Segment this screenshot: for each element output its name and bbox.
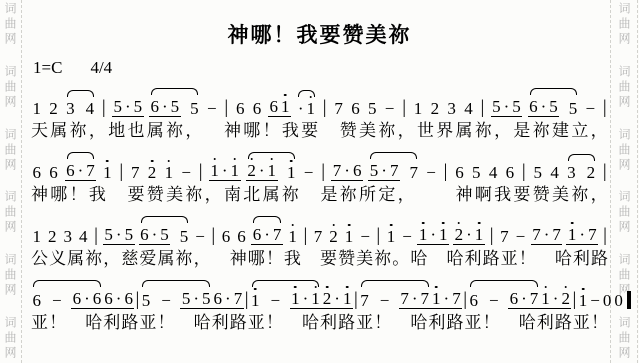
- note: 5: [112, 98, 124, 115]
- note: 4: [487, 164, 499, 181]
- lyric-char: 美: [552, 184, 569, 207]
- note: 7: [85, 162, 97, 179]
- note-group: 1: [343, 228, 355, 245]
- note-group: −: [180, 164, 193, 181]
- note: 7: [399, 290, 411, 307]
- lyric-char: [67, 312, 84, 335]
- duration-dot: ·: [539, 98, 548, 115]
- note: 7: [312, 228, 324, 245]
- note: 1: [310, 290, 322, 307]
- barline: |: [223, 99, 229, 117]
- duration-dot: ·: [257, 162, 266, 179]
- lyric-char: 哪: [248, 248, 265, 271]
- note: 6: [48, 164, 60, 181]
- lyric-char: 属: [456, 120, 473, 143]
- tie-group: ·1: [296, 100, 316, 117]
- note: 4: [78, 228, 90, 245]
- lyric-char: 神: [456, 184, 473, 207]
- duration-dot: ·: [333, 290, 342, 307]
- dash-note: −: [269, 292, 282, 309]
- lyric-char: 路: [230, 312, 247, 335]
- watermark-text: 词曲网: [618, 65, 630, 110]
- lyric-char: 属: [67, 248, 84, 271]
- key-signature: 1=C: [33, 58, 62, 78]
- note-group: 6: [220, 228, 232, 245]
- tie-group: 6·7: [65, 162, 97, 181]
- note-group: 5: [471, 164, 483, 181]
- barline: |: [443, 163, 449, 181]
- note-group: −: [584, 100, 597, 117]
- beam-underline: 6·5: [139, 226, 171, 245]
- lyric-char: 要: [127, 184, 144, 207]
- dash-note: −: [180, 164, 193, 181]
- note: 7: [359, 292, 371, 309]
- note: 5: [140, 292, 152, 309]
- note-group: 1·1: [417, 226, 449, 245]
- note: 1: [287, 228, 299, 245]
- barline: |: [401, 99, 407, 117]
- note: 7: [551, 226, 563, 243]
- lyric-char: 建: [552, 120, 569, 143]
- barline: |: [198, 163, 204, 181]
- lyric-char: 利: [320, 312, 337, 335]
- barline: |: [118, 163, 124, 181]
- lyric-char: 祢: [70, 120, 87, 143]
- lyric-char: [537, 248, 554, 271]
- lyric-char: 要: [301, 120, 318, 143]
- time-signature: 4/4: [90, 58, 112, 78]
- lyric-char: 祢: [340, 184, 357, 207]
- tie-group: 6·7: [251, 226, 283, 245]
- note: 5: [368, 162, 380, 179]
- duration-dot: ·: [578, 226, 587, 243]
- lyric-char: [320, 120, 337, 143]
- note: 5: [189, 100, 201, 117]
- lyric-char: ，: [205, 184, 222, 207]
- lyric-char: 我: [89, 184, 106, 207]
- watermark-text: 词曲网: [4, 128, 16, 173]
- note: 5: [471, 164, 483, 181]
- lyric-char: ，: [103, 248, 120, 271]
- right-edge-dashed-border: [637, 0, 638, 363]
- note: 1: [102, 164, 114, 181]
- watermark-text: 词曲网: [4, 65, 16, 110]
- note: 3: [446, 100, 458, 117]
- note: 6: [468, 292, 480, 309]
- note-group: 5: [367, 100, 379, 117]
- lyric-char: 义: [49, 248, 66, 271]
- lyrics-line-4: 亚！ 哈利路亚！ 哈利路亚！ 哈利路亚！ 哈利路亚！ 哈利路亚！: [31, 312, 608, 335]
- barline: |: [602, 227, 608, 245]
- lyric-char: 亚: [356, 312, 373, 335]
- note-group: −: [359, 228, 372, 245]
- note-group: 6: [234, 100, 246, 117]
- lyric-char: ！: [49, 312, 66, 335]
- beam-underline: 6·7: [508, 290, 540, 309]
- lyric-char: [284, 312, 301, 335]
- note-group: 2: [328, 228, 340, 245]
- dash-note: −: [514, 228, 527, 245]
- note: 4: [463, 100, 475, 117]
- lyric-char: 属: [263, 184, 280, 207]
- dash-note: −: [302, 164, 315, 181]
- note: 6: [71, 290, 83, 307]
- note-group: 1·7: [566, 226, 598, 245]
- note: 2: [429, 100, 441, 117]
- note-group: 7·7: [531, 226, 563, 245]
- lyric-char: 亚: [139, 312, 156, 335]
- duration-dot: ·: [150, 226, 159, 243]
- note: 7: [587, 226, 599, 243]
- lyric-char: ！: [157, 312, 174, 335]
- barline: |: [602, 163, 608, 181]
- barline: |: [521, 163, 527, 181]
- lyric-char: 祢: [378, 120, 395, 143]
- score-systems: 1234|5·56·55−|6661·1|765−|1234|5·56·55−|…: [31, 82, 608, 335]
- lyric-char: ，: [591, 184, 608, 207]
- note: 1: [266, 162, 278, 179]
- lyrics-line-1: 天属祢，地也属祢， 神哪！我要 赞美祢，世界属祢，是祢建立，: [31, 120, 608, 143]
- lyric-char: 哈: [85, 312, 102, 335]
- tie-group: 5·77: [368, 162, 419, 181]
- lyric-char: ，: [194, 248, 211, 271]
- lyric-char: ！: [70, 184, 87, 207]
- lyric-char: 神: [31, 184, 48, 207]
- lyric-char: 属: [147, 120, 164, 143]
- note: 1: [280, 98, 292, 115]
- note: 2: [585, 164, 597, 181]
- note: 5: [180, 290, 192, 307]
- barline: |: [302, 227, 308, 245]
- duration-dot: ·: [124, 98, 133, 115]
- note-group: 7: [499, 228, 511, 245]
- duration-dot: ·: [343, 162, 352, 179]
- lyric-char: ！: [263, 120, 280, 143]
- lyric-char: 路: [121, 312, 138, 335]
- lyric-char: 定: [378, 184, 395, 207]
- dash-note: −: [383, 100, 396, 117]
- dash-note: −: [359, 228, 372, 245]
- note: 7: [528, 290, 540, 307]
- note-group: 4: [78, 228, 90, 245]
- note-group: 2: [429, 100, 441, 117]
- watermark-text: 词曲网: [4, 2, 16, 47]
- duration-dot: ·: [114, 290, 123, 307]
- note: 6: [123, 290, 135, 307]
- beam-underline: 6·7: [251, 226, 283, 245]
- lyric-char: ，: [89, 120, 106, 143]
- note: 7: [499, 228, 511, 245]
- note-group: 1·1: [209, 162, 241, 181]
- lyric-char: 哈: [302, 312, 319, 335]
- barline: |: [320, 163, 326, 181]
- note: 5: [491, 98, 503, 115]
- beam-underline: 2·1: [246, 162, 278, 181]
- duration-dot: ·: [76, 162, 85, 179]
- lyric-char: 慈: [121, 248, 138, 271]
- lyric-char: [205, 120, 222, 143]
- note-group: 61: [268, 98, 291, 117]
- tie-group: 6·55: [528, 98, 579, 117]
- note: 1: [343, 228, 355, 245]
- duration-dot: ·: [224, 290, 233, 307]
- lyric-char: 哈: [519, 312, 536, 335]
- beam-underline: 1·7: [566, 226, 598, 245]
- note: 6: [91, 290, 103, 307]
- note-group: 2·1: [453, 226, 485, 245]
- note-group: 1: [31, 100, 43, 117]
- note: 6: [236, 228, 248, 245]
- note-group: 7: [312, 228, 324, 245]
- note-group: 2: [48, 100, 60, 117]
- lyric-char: 亚: [573, 312, 590, 335]
- note: 2: [146, 164, 158, 181]
- note: 5: [132, 98, 144, 115]
- beam-underline: 6·5: [149, 98, 181, 117]
- note: 1: [540, 290, 552, 307]
- note: 5: [103, 226, 115, 243]
- barline: |: [375, 227, 381, 245]
- lyric-char: [108, 184, 125, 207]
- barline: |: [602, 99, 608, 117]
- lyric-char: [428, 248, 445, 271]
- duration-dot: ·: [551, 290, 560, 307]
- note-group: 1·2: [540, 290, 572, 309]
- dash-note: −: [51, 292, 64, 309]
- duration-dot: ·: [296, 100, 305, 117]
- beam-underline: 6·6: [103, 290, 135, 309]
- tie-group: 6−6·6: [31, 290, 103, 309]
- lyric-char: 哈: [555, 248, 572, 271]
- beam-underline: 5·5: [112, 98, 144, 117]
- note: 7: [232, 290, 244, 307]
- lyric-char: 路: [555, 312, 572, 335]
- lyric-char: ，: [494, 120, 511, 143]
- note: 5: [548, 98, 560, 115]
- note: 1: [250, 292, 262, 309]
- note-group: 6: [350, 100, 362, 117]
- note-group: 4: [549, 164, 561, 181]
- note-group: 7·6: [331, 162, 363, 181]
- beam-underline: 5·5: [491, 98, 523, 117]
- lyric-char: 祢: [374, 248, 391, 271]
- lyric-char: 亚: [31, 312, 48, 335]
- tie-group: 7−7·7: [359, 290, 431, 309]
- duration-dot: ·: [465, 226, 474, 243]
- note-group: 7: [333, 100, 345, 117]
- note: 1: [31, 228, 43, 245]
- note-group: 1: [31, 228, 43, 245]
- tie-group: 5−5·5: [140, 290, 212, 309]
- note: 7: [419, 290, 431, 307]
- barline: |: [93, 227, 99, 245]
- lyric-char: 属: [157, 248, 174, 271]
- lyric-char: 路: [483, 248, 500, 271]
- lyric-char: [212, 248, 229, 271]
- system-3: 1234|5·56·55−|666·71|721−|1−1·12·1|7−7·7…: [31, 210, 608, 271]
- note-group: 7: [129, 164, 141, 181]
- note: 1: [385, 228, 397, 245]
- lyric-char: 公: [31, 248, 48, 271]
- lyric-char: [417, 184, 434, 207]
- note: 2: [453, 226, 465, 243]
- lyric-char: 地: [108, 120, 125, 143]
- lyric-char: 哈: [410, 248, 427, 271]
- note: 1: [417, 226, 429, 243]
- lyric-char: 我: [494, 184, 511, 207]
- barline: |: [479, 99, 485, 117]
- note-group: 3: [62, 228, 74, 245]
- watermark-text: 词曲网: [4, 253, 16, 298]
- dash-note: −: [401, 228, 414, 245]
- lyric-char: 美: [166, 184, 183, 207]
- tie-group: 6−6·7: [468, 290, 540, 309]
- note-group: 6·7: [212, 290, 244, 309]
- note: 6: [31, 164, 43, 181]
- note: 1: [209, 162, 221, 179]
- note: 1: [412, 100, 424, 117]
- note: 7: [531, 226, 543, 243]
- beam-underline: 5·5: [180, 290, 212, 309]
- note-group: −: [514, 228, 527, 245]
- note: 3: [65, 100, 77, 117]
- lyric-char: 赞: [340, 120, 357, 143]
- note-group: −: [383, 100, 396, 117]
- tie-group: 2·11: [246, 162, 297, 181]
- left-dashed-border: [21, 0, 22, 363]
- watermark-text: 词曲网: [4, 190, 16, 235]
- note-group: 1: [412, 100, 424, 117]
- note-group: 3: [446, 100, 458, 117]
- lyric-char: ，: [591, 120, 608, 143]
- lyric-char: 利: [573, 248, 590, 271]
- dash-note: −: [205, 100, 218, 117]
- note: 6: [350, 100, 362, 117]
- lyric-char: ！: [483, 312, 500, 335]
- note: 5: [123, 226, 135, 243]
- duration-dot: ·: [220, 162, 229, 179]
- note-group: 6: [504, 164, 516, 181]
- note: 1: [438, 226, 450, 243]
- score-content: 神哪！我要赞美祢 1=C 4/4 1234|5·56·55−|6661·1|76…: [31, 0, 608, 338]
- lyric-char: 是: [320, 184, 337, 207]
- lyric-char: [436, 184, 453, 207]
- lyric-char: 利: [212, 312, 229, 335]
- note: 1: [473, 226, 485, 243]
- beam-underline: 1·1: [417, 226, 449, 245]
- lyric-char: 所: [359, 184, 376, 207]
- sheet-music-page: 词曲网词曲网词曲网词曲网词曲网词曲网 词曲网词曲网词曲网词曲网词曲网词曲网 神哪…: [0, 0, 639, 363]
- note: 5: [178, 228, 190, 245]
- lyric-char: ！: [591, 312, 608, 335]
- note: 7: [388, 162, 400, 179]
- note: 6: [251, 100, 263, 117]
- tie-group: 1−1·1: [250, 290, 322, 309]
- note-group: 1: [102, 164, 114, 181]
- watermark-text: 词曲网: [618, 128, 630, 173]
- watermark-text: 词曲网: [4, 316, 16, 361]
- duration-dot: ·: [410, 290, 419, 307]
- lyric-char: 南: [224, 184, 241, 207]
- lyric-char: [176, 312, 193, 335]
- beam-underline: 1·2: [540, 290, 572, 309]
- note: 5: [367, 100, 379, 117]
- note-group: 00: [601, 292, 624, 309]
- note-group: 6: [454, 164, 466, 181]
- music-line-3: 1234|5·56·55−|666·71|721−|1−1·12·1|7−7·7…: [31, 210, 608, 245]
- lyric-char: 路: [591, 248, 608, 271]
- lyric-char: 祢: [282, 184, 299, 207]
- tie-group: 34: [65, 100, 96, 117]
- note: 2: [328, 228, 340, 245]
- lyric-char: 路: [446, 312, 463, 335]
- lyric-char: ！: [266, 248, 283, 271]
- duration-dot: ·: [520, 290, 529, 307]
- duration-dot: ·: [301, 290, 310, 307]
- note: 2: [246, 162, 258, 179]
- watermark-text: 词曲网: [618, 2, 630, 47]
- lyric-char: 赞: [533, 184, 550, 207]
- beam-underline: 6·7: [65, 162, 97, 181]
- note: 6: [454, 164, 466, 181]
- beam-underline: 6·7: [212, 290, 244, 309]
- barline: |: [322, 99, 328, 117]
- dash-note: −: [488, 292, 501, 309]
- lyric-char: ！: [374, 312, 391, 335]
- note: 6: [139, 226, 151, 243]
- lyrics-line-3: 公义属祢，慈爱属祢， 神哪！我 要赞美祢。哈 哈利路亚！ 哈利路: [31, 248, 608, 271]
- lyric-char: 亚: [465, 312, 482, 335]
- barline: |: [210, 227, 216, 245]
- note-group: −: [194, 228, 207, 245]
- note-group: 5·5: [491, 98, 523, 117]
- lyric-char: 哪: [243, 120, 260, 143]
- lyric-char: 。: [392, 248, 409, 271]
- note-group: −: [589, 292, 602, 309]
- note: 1: [290, 290, 302, 307]
- beam-underline: 6·6: [71, 290, 103, 309]
- note-group: 5·5: [112, 98, 144, 117]
- lyric-char: [301, 184, 318, 207]
- note: 7: [129, 164, 141, 181]
- lyric-char: 利: [465, 248, 482, 271]
- lyric-char: 哈: [446, 248, 463, 271]
- duration-dot: ·: [83, 290, 92, 307]
- note-group: 4: [487, 164, 499, 181]
- note: 6: [351, 162, 363, 179]
- lyric-char: 哈: [410, 312, 427, 335]
- lyric-char: 亚: [248, 312, 265, 335]
- note-group: −: [401, 228, 414, 245]
- lyric-char: 赞: [338, 248, 355, 271]
- lyric-char: 也: [127, 120, 144, 143]
- note: 6: [528, 98, 540, 115]
- duration-dot: ·: [263, 226, 272, 243]
- dash-note: −: [425, 164, 438, 181]
- note: 6: [220, 228, 232, 245]
- duration-dot: ·: [442, 290, 451, 307]
- lyric-char: 天: [31, 120, 48, 143]
- lyric-char: 赞: [147, 184, 164, 207]
- lyric-char: 利: [103, 312, 120, 335]
- lyric-char: 亚: [501, 248, 518, 271]
- note-group: −: [425, 164, 438, 181]
- lyric-char: [392, 312, 409, 335]
- duration-dot: ·: [160, 98, 169, 115]
- note: 6: [31, 292, 43, 309]
- lyric-char: ，: [398, 120, 415, 143]
- note: 3: [566, 164, 578, 181]
